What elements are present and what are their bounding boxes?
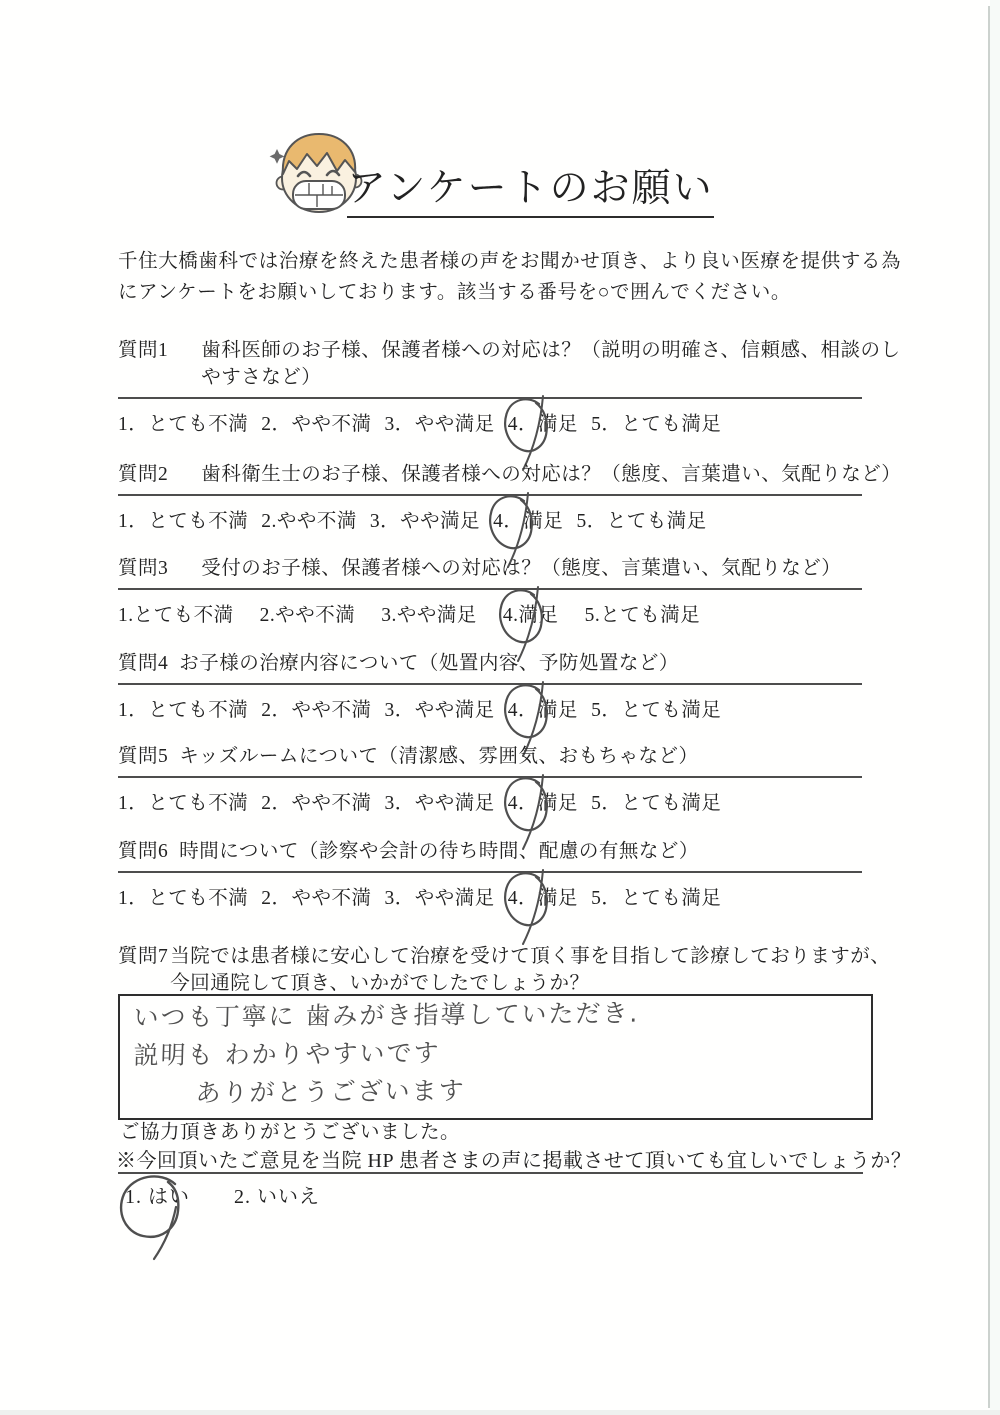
separator-line: [118, 494, 862, 496]
option-label: 4．満足: [508, 700, 578, 721]
option-q4-1[interactable]: 1．とても不満: [118, 694, 248, 722]
option-q2-5[interactable]: 5．とても満足: [576, 505, 706, 533]
question-text: お子様の治療内容について（処置内容、予防処置など）: [179, 651, 679, 678]
consent-option-label: 1. はい: [125, 1186, 190, 1208]
question-7: 質問7 当院では患者様に安心して治療を受けて頂く事を目指して診療しておりますが、…: [118, 944, 908, 998]
question-4: 質問4お子様の治療内容について（処置内容、予防処置など）1．とても不満2．やや不…: [118, 651, 908, 722]
option-label: 4．満足: [508, 888, 578, 909]
option-label: 1．とても不満: [118, 414, 248, 435]
option-q1-1[interactable]: 1．とても不満: [118, 408, 248, 436]
option-q2-4[interactable]: 4．満足: [493, 505, 563, 533]
question-label: 質問4: [118, 651, 168, 678]
option-q5-3[interactable]: 3．やや満足: [385, 787, 495, 815]
rating-options: 1．とても不満2．やや不満3．やや満足4．満足5．とても満足: [118, 882, 908, 910]
option-q3-3[interactable]: 3.やや満足: [381, 599, 477, 627]
option-label: 3．やや満足: [370, 511, 480, 532]
option-label: 1．とても不満: [118, 793, 248, 814]
option-label: 5．とても満足: [591, 793, 721, 814]
option-label: 2．やや不満: [261, 700, 371, 721]
thanks-text: ご協力頂きありがとうございました。: [120, 1116, 460, 1144]
scan-bottom-edge: [0, 1410, 1000, 1415]
question-5: 質問5キッズルームについて（清潔感、雰囲気、おもちゃなど）1．とても不満2．やや…: [118, 744, 908, 815]
option-q6-4[interactable]: 4．満足: [508, 882, 578, 910]
scan-paper-margin: [990, 0, 1000, 1415]
option-q4-5[interactable]: 5．とても満足: [591, 694, 721, 722]
handwritten-comment-line: いつも丁寧に 歯みがき指導していただき.: [133, 996, 857, 1035]
option-label: 4.満足: [503, 605, 559, 626]
separator-line: [118, 588, 862, 590]
question-2: 質問2歯科衛生士のお子様、保護者様への対応は？（態度、言葉遣い、気配りなど）1．…: [118, 462, 908, 533]
option-label: 5.とても満足: [585, 605, 701, 626]
option-q1-3[interactable]: 3．やや満足: [385, 408, 495, 436]
option-label: 3.やや満足: [381, 605, 477, 626]
scan-paper-edge: [988, 6, 990, 1408]
comment-box[interactable]: いつも丁寧に 歯みがき指導していただき. 説明も わかりやすいです ありがとうご…: [118, 994, 873, 1120]
option-q3-5[interactable]: 5.とても満足: [585, 599, 701, 627]
option-label: 3．やや満足: [385, 700, 495, 721]
option-q4-4[interactable]: 4．満足: [508, 694, 578, 722]
question-label: 質問1: [118, 338, 168, 392]
option-label: 5．とても満足: [591, 700, 721, 721]
consent-option-yes[interactable]: 1. はい: [125, 1180, 190, 1209]
option-q1-5[interactable]: 5．とても満足: [591, 408, 721, 436]
handwritten-comment-line: ありがとうございます: [133, 1072, 857, 1111]
consent-option-label: 2. いいえ: [234, 1186, 320, 1208]
option-q4-2[interactable]: 2．やや不満: [261, 694, 371, 722]
option-q6-2[interactable]: 2．やや不満: [261, 882, 371, 910]
rating-options: 1．とても不満2．やや不満3．やや満足4．満足5．とても満足: [118, 694, 908, 722]
separator-line: [118, 397, 862, 399]
option-label: 2.やや不満: [261, 511, 357, 532]
separator-line: [118, 683, 862, 685]
consent-option-no[interactable]: 2. いいえ: [234, 1180, 320, 1209]
option-q1-2[interactable]: 2．やや不満: [261, 408, 371, 436]
option-label: 2.やや不満: [260, 605, 356, 626]
option-label: 5．とても満足: [576, 511, 706, 532]
option-label: 1.とても不満: [118, 605, 234, 626]
intro-text: 千住大橋歯科では治療を終えた患者様の声をお聞かせ頂き、より良い医療を提供する為に…: [118, 246, 910, 308]
option-label: 3．やや満足: [385, 793, 495, 814]
separator-line: [118, 776, 862, 778]
rating-options: 1.とても不満2.やや不満3.やや満足4.満足5.とても満足: [118, 599, 908, 627]
handwritten-comment-line: 説明も わかりやすいです: [133, 1033, 857, 1072]
option-q3-2[interactable]: 2.やや不満: [260, 599, 356, 627]
option-label: 1．とても不満: [118, 700, 248, 721]
option-label: 4．満足: [493, 511, 563, 532]
question-text: 当院では患者様に安心して治療を受けて頂く事を目指して診療しておりますが、今回通院…: [170, 944, 908, 998]
option-q1-4[interactable]: 4．満足: [508, 408, 578, 436]
separator-line: [118, 1172, 863, 1174]
option-label: 2．やや不満: [261, 793, 371, 814]
option-label: 3．やや満足: [385, 888, 495, 909]
question-label: 質問6: [118, 839, 168, 866]
question-1: 質問1歯科医師のお子様、保護者様への対応は？（説明の明確さ、信頼感、相談のしやす…: [118, 338, 908, 436]
option-q5-4[interactable]: 4．満足: [508, 787, 578, 815]
option-label: 5．とても満足: [591, 888, 721, 909]
handwritten-circle-mark: [113, 1169, 193, 1261]
question-3: 質問3受付のお子様、保護者様への対応は？（態度、言葉遣い、気配りなど）1.とても…: [118, 556, 908, 627]
question-6: 質問6時間について（診察や会計の待ち時間、配慮の有無など）1．とても不満2．やや…: [118, 839, 908, 910]
question-text: 受付のお子様、保護者様への対応は？（態度、言葉遣い、気配りなど）: [201, 556, 841, 583]
option-label: 4．満足: [508, 414, 578, 435]
option-q2-1[interactable]: 1．とても不満: [118, 505, 248, 533]
option-label: 5．とても満足: [591, 414, 721, 435]
question-text: 歯科医師のお子様、保護者様への対応は？（説明の明確さ、信頼感、相談のしやすさなど…: [201, 338, 908, 392]
option-q3-4[interactable]: 4.満足: [503, 599, 559, 627]
option-label: 1．とても不満: [118, 511, 248, 532]
option-q3-1[interactable]: 1.とても不満: [118, 599, 234, 627]
option-label: 2．やや不満: [261, 888, 371, 909]
option-q5-1[interactable]: 1．とても不満: [118, 787, 248, 815]
question-text: 時間について（診察や会計の待ち時間、配慮の有無など）: [179, 839, 699, 866]
page-title: アンケートのお願い: [347, 166, 714, 218]
option-q6-5[interactable]: 5．とても満足: [591, 882, 721, 910]
option-q5-5[interactable]: 5．とても満足: [591, 787, 721, 815]
option-label: 3．やや満足: [385, 414, 495, 435]
separator-line: [118, 871, 862, 873]
question-text: 歯科衛生士のお子様、保護者様への対応は？（態度、言葉遣い、気配りなど）: [201, 462, 901, 489]
consent-options: 1. はい 2. いいえ: [125, 1180, 320, 1209]
option-q6-1[interactable]: 1．とても不満: [118, 882, 248, 910]
option-q5-2[interactable]: 2．やや不満: [261, 787, 371, 815]
rating-options: 1．とても不満2.やや不満3．やや満足4．満足5．とても満足: [118, 505, 908, 533]
option-q4-3[interactable]: 3．やや満足: [385, 694, 495, 722]
rating-options: 1．とても不満2．やや不満3．やや満足4．満足5．とても満足: [118, 787, 908, 815]
option-q2-3[interactable]: 3．やや満足: [370, 505, 480, 533]
option-label: 1．とても不満: [118, 888, 248, 909]
hp-consent-question: ※今回頂いたご意見を当院 HP 患者さまの声に掲載させて頂いても宜しいでしょうか…: [116, 1144, 911, 1173]
rating-options: 1．とても不満2．やや不満3．やや満足4．満足5．とても満足: [118, 408, 908, 436]
question-text: キッズルームについて（清潔感、雰囲気、おもちゃなど）: [179, 744, 698, 771]
sparkle-icon: [270, 149, 285, 164]
option-q6-3[interactable]: 3．やや満足: [385, 882, 495, 910]
question-label: 質問5: [118, 744, 168, 771]
option-label: 2．やや不満: [261, 414, 371, 435]
option-label: 4．満足: [508, 793, 578, 814]
question-label: 質問3: [118, 556, 168, 583]
questionnaire-scan: アンケートのお願い 千住大橋歯科では治療を終えた患者様の声をお聞かせ頂き、より良…: [0, 0, 1000, 1415]
question-label: 質問2: [118, 462, 168, 489]
option-q2-2[interactable]: 2.やや不満: [261, 505, 357, 533]
question-label: 質問7: [118, 944, 168, 998]
